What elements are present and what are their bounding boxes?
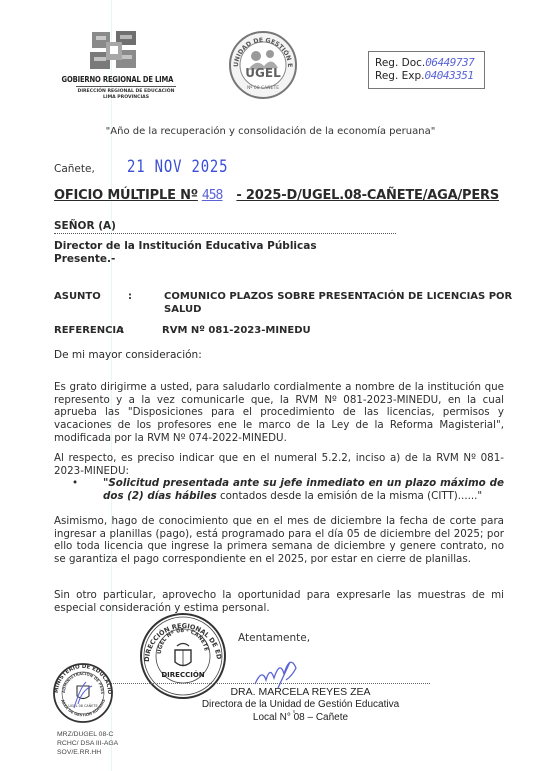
- reg-doc-value: 06449737: [425, 56, 474, 69]
- initials-line-2: RCHC/ DSA III-AGA: [57, 739, 118, 748]
- signature-mark: [250, 650, 310, 690]
- body-paragraph-1: Es grato dirigirme a usted, para saludar…: [54, 381, 504, 445]
- reg-exp-row: Reg. Exp.04043351: [375, 69, 473, 82]
- salutation: SEÑOR (A): [54, 220, 116, 232]
- reference-label: REFERENCIA: [54, 325, 124, 336]
- ministry-seal: MINISTERIO DE EDUCACIÓN ADMINISTRACIÓN D…: [52, 660, 114, 726]
- body-paragraph-3: Asimismo, hago de conocimiento que en el…: [54, 515, 504, 566]
- document-number-suffix: - 2025-D/UGEL.08-CAÑETE/AGA/PERS: [236, 188, 499, 203]
- gobierno-regional-subtitle-2: LIMA PROVINCIAS: [60, 95, 192, 100]
- date-city: Cañete,: [54, 163, 95, 175]
- registry-box: Reg. Doc.06449737 Reg. Exp.04043351: [368, 51, 485, 89]
- quoted-requirement-rest: contados desde la emisión de la misma (C…: [217, 490, 482, 502]
- svg-text:UGEL 08 CAÑETE: UGEL 08 CAÑETE: [68, 703, 97, 708]
- addressee-dotted-line: [54, 233, 396, 234]
- recipient: Director de la Institución Educativa Púb…: [54, 240, 317, 252]
- subject-text: COMUNICO PLAZOS SOBRE PRESENTACIÓN DE LI…: [164, 291, 514, 316]
- initials-line-1: MRZ/DUGEL 08-C: [57, 730, 118, 739]
- subject-label: ASUNTO: [54, 291, 101, 302]
- document-number: OFICIO MÚLTIPLE Nº458- 2025-D/UGEL.08-CA…: [54, 188, 499, 203]
- gobierno-regional-title: GOBIERNO REGIONAL DE LIMA: [60, 74, 175, 84]
- svg-text:Nº 08 CAÑETE: Nº 08 CAÑETE: [247, 84, 279, 91]
- ugel-seal-icon: UNIDAD DE GESTIÓN EDUCATIVA LOCAL UGEL N…: [228, 30, 298, 100]
- reg-doc-row: Reg. Doc.06449737: [375, 56, 474, 69]
- presente: Presente.-: [54, 253, 115, 265]
- bullet-icon: •: [72, 477, 78, 490]
- initials-line-3: SOV/E.RR.HH: [57, 748, 118, 757]
- body-paragraph-2: Al respecto, es preciso indicar que en e…: [54, 452, 504, 477]
- initials-block: MRZ/DUGEL 08-C RCHC/ DSA III-AGA SOV/E.R…: [57, 730, 118, 757]
- svg-text:UGEL: UGEL: [245, 66, 281, 80]
- ministry-seal-icon: MINISTERIO DE EDUCACIÓN ADMINISTRACIÓN D…: [52, 660, 114, 726]
- reference-text: RVM Nº 081-2023-MINEDU: [162, 325, 311, 336]
- valediction: Atentamente,: [238, 632, 310, 644]
- reg-exp-label: Reg. Exp.: [375, 70, 424, 82]
- subject-separator: :: [128, 291, 132, 302]
- signature-line: [100, 683, 430, 684]
- body-paragraph-4: Sin otro particular, aprovecho la oportu…: [54, 589, 504, 614]
- date-stamp: 21 NOV 2025: [127, 157, 228, 177]
- document-number-handwritten: 458: [202, 188, 222, 203]
- svg-text:DIRECCIÓN: DIRECCIÓN: [161, 670, 204, 679]
- gobierno-regional-lima-icon: [88, 30, 140, 72]
- gobierno-regional-logo: GOBIERNO REGIONAL DE LIMA DIRECCIÓN REGI…: [60, 28, 200, 103]
- quoted-requirement-text: "Solicitud presentada ante su jefe inmed…: [103, 477, 504, 502]
- logo-divider: [76, 86, 176, 87]
- reg-doc-label: Reg. Doc.: [375, 57, 425, 69]
- reg-exp-value: 04043351: [424, 69, 473, 82]
- ugel-logo: UNIDAD DE GESTIÓN EDUCATIVA LOCAL UGEL N…: [228, 30, 298, 100]
- year-motto: "Año de la recuperación y consolidación …: [0, 126, 541, 137]
- scan-speck: [293, 710, 295, 713]
- document-number-prefix: OFICIO MÚLTIPLE Nº: [54, 188, 198, 203]
- reference-separator: :: [120, 325, 124, 336]
- gobierno-regional-subtitle-1: DIRECCIÓN REGIONAL DE EDUCACIÓN: [60, 89, 192, 94]
- greeting: De mi mayor consideración:: [54, 349, 202, 361]
